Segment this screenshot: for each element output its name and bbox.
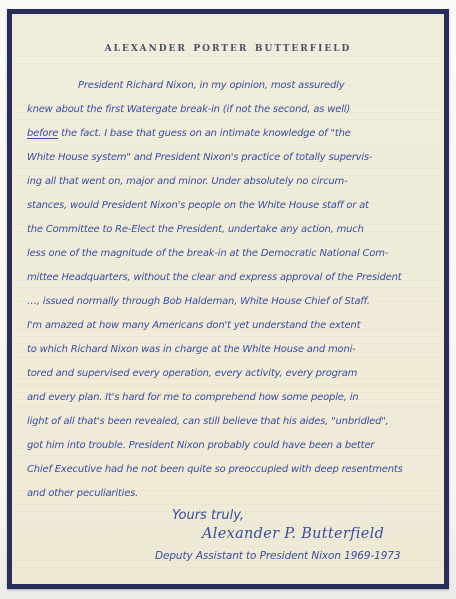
line-text: and every plan. It's hard for me to comp… [27, 392, 358, 403]
letter-paper: Alexander Porter Butterfield President R… [12, 14, 444, 584]
letter-line: and every plan. It's hard for me to comp… [27, 386, 438, 410]
letter-line: light of all that's been revealed, can s… [27, 410, 438, 434]
photo-frame: Alexander Porter Butterfield President R… [7, 9, 449, 589]
line-text: less one of the magnitude of the break-i… [27, 248, 388, 259]
letter-line: and other peculiarities. [27, 482, 438, 506]
letter-photo: Alexander Porter Butterfield President R… [0, 0, 456, 599]
letter-line: knew about the first Watergate break-in … [27, 98, 438, 122]
closing-salutation: Yours truly, [172, 508, 244, 523]
line-text: light of all that's been revealed, can s… [27, 416, 389, 427]
letter-line: ing all that went on, major and minor. U… [27, 170, 438, 194]
line-text: mittee Headquarters, without the clear a… [27, 272, 401, 283]
line-text: White House system" and President Nixon'… [27, 152, 372, 163]
line-text: I'm amazed at how many Americans don't y… [27, 320, 360, 331]
line-text: to which Richard Nixon was in charge at … [27, 344, 356, 355]
letter-line: stances, would President Nixon's people … [27, 194, 438, 218]
letter-line: before the fact. I base that guess on an… [27, 122, 438, 146]
line-text: the fact. I base that guess on an intima… [58, 128, 351, 139]
line-text: knew about the first Watergate break-in … [27, 104, 350, 115]
line-text: tored and supervised every operation, ev… [27, 368, 357, 379]
letter-line: to which Richard Nixon was in charge at … [27, 338, 438, 362]
letter-line: President Richard Nixon, in my opinion, … [27, 74, 438, 98]
letter-line: mittee Headquarters, without the clear a… [27, 266, 438, 290]
letter-line: less one of the magnitude of the break-i… [27, 242, 438, 266]
letter-line: got him into trouble. President Nixon pr… [27, 434, 438, 458]
underlined-word: before [27, 128, 58, 139]
letter-line: the Committee to Re-Elect the President,… [27, 218, 438, 242]
line-text: stances, would President Nixon's people … [27, 200, 369, 211]
line-text: and other peculiarities. [27, 488, 138, 499]
signature: Alexander P. Butterfield [202, 526, 384, 542]
letter-body: President Richard Nixon, in my opinion, … [27, 74, 438, 506]
line-text: got him into trouble. President Nixon pr… [27, 440, 374, 451]
letter-line: Chief Executive had he not been quite so… [27, 458, 438, 482]
line-text: President Richard Nixon, in my opinion, … [78, 80, 344, 91]
letter-line: I'm amazed at how many Americans don't y… [27, 314, 438, 338]
letter-line: …, issued normally through Bob Haldeman,… [27, 290, 438, 314]
letter-line: tored and supervised every operation, ev… [27, 362, 438, 386]
signature-title: Deputy Assistant to President Nixon 1969… [155, 550, 400, 562]
line-text: the Committee to Re-Elect the President,… [27, 224, 364, 235]
line-text: Chief Executive had he not been quite so… [27, 464, 403, 475]
letter-line: White House system" and President Nixon'… [27, 146, 438, 170]
line-text: ing all that went on, major and minor. U… [27, 176, 347, 187]
letterhead-name: Alexander Porter Butterfield [12, 40, 444, 55]
line-text: …, issued normally through Bob Haldeman,… [27, 296, 370, 307]
